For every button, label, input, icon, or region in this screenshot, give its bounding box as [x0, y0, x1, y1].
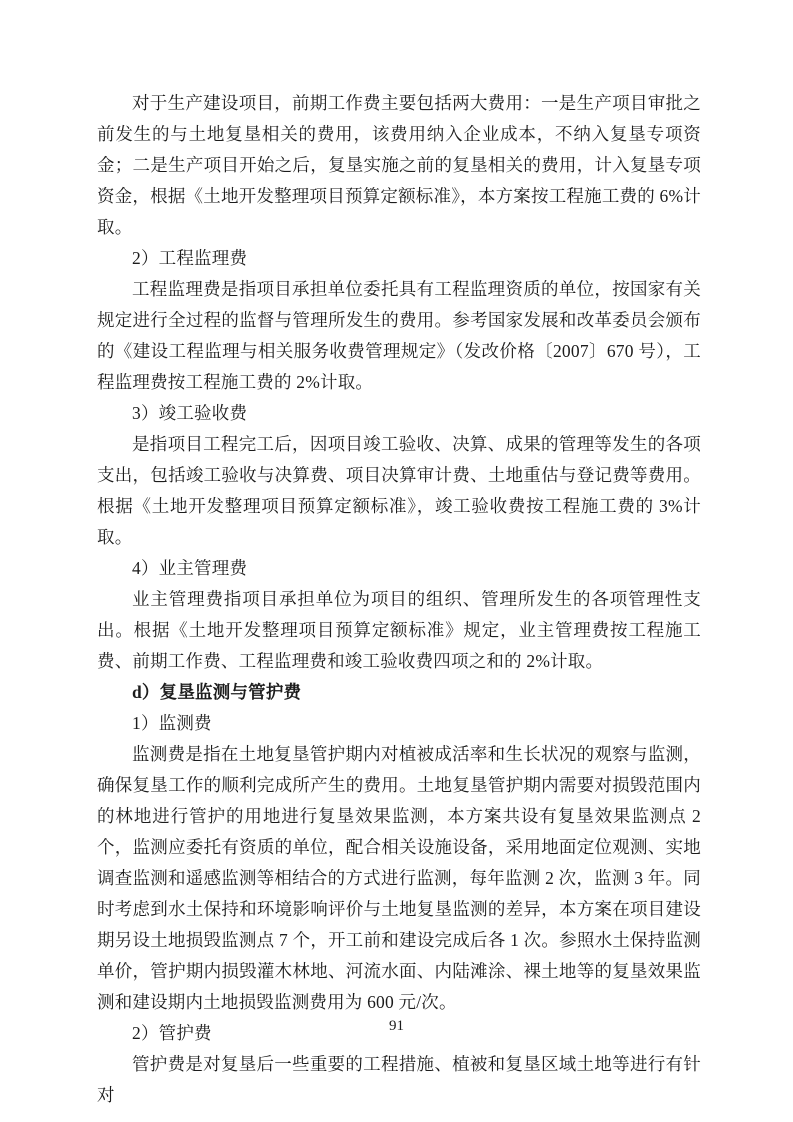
paragraph-maintenance-fee: 管护费是对复垦后一些重要的工程措施、植被和复垦区域土地等进行有针对: [97, 1049, 701, 1111]
subheading-4-owner-management-fee: 4）业主管理费: [97, 553, 701, 584]
page-number: 91: [0, 1018, 793, 1035]
paragraph-owner-management-fee: 业主管理费指项目承担单位为项目的组织、管理所发生的各项管理性支出。根据《土地开发…: [97, 584, 701, 677]
paragraph-pre-work-fee: 对于生产建设项目，前期工作费主要包括两大费用：一是生产项目审批之前发生的与土地复…: [97, 88, 701, 243]
paragraph-acceptance-fee: 是指项目工程完工后，因项目竣工验收、决算、成果的管理等发生的各项支出，包括竣工验…: [97, 429, 701, 553]
subheading-3-acceptance-fee: 3）竣工验收费: [97, 398, 701, 429]
paragraph-monitoring-fee: 监测费是指在土地复垦管护期内对植被成活率和生长状况的观察与监测，确保复垦工作的顺…: [97, 739, 701, 1018]
subheading-1-monitoring-fee: 1）监测费: [97, 708, 701, 739]
document-page: 对于生产建设项目，前期工作费主要包括两大费用：一是生产项目审批之前发生的与土地复…: [0, 0, 793, 1122]
subheading-2-supervision-fee: 2）工程监理费: [97, 243, 701, 274]
page-body: 对于生产建设项目，前期工作费主要包括两大费用：一是生产项目审批之前发生的与土地复…: [97, 88, 701, 1111]
paragraph-supervision-fee: 工程监理费是指项目承担单位委托具有工程监理资质的单位，按国家有关规定进行全过程的…: [97, 274, 701, 398]
heading-d-monitoring-and-maintenance-fee: d）复垦监测与管护费: [97, 677, 701, 708]
